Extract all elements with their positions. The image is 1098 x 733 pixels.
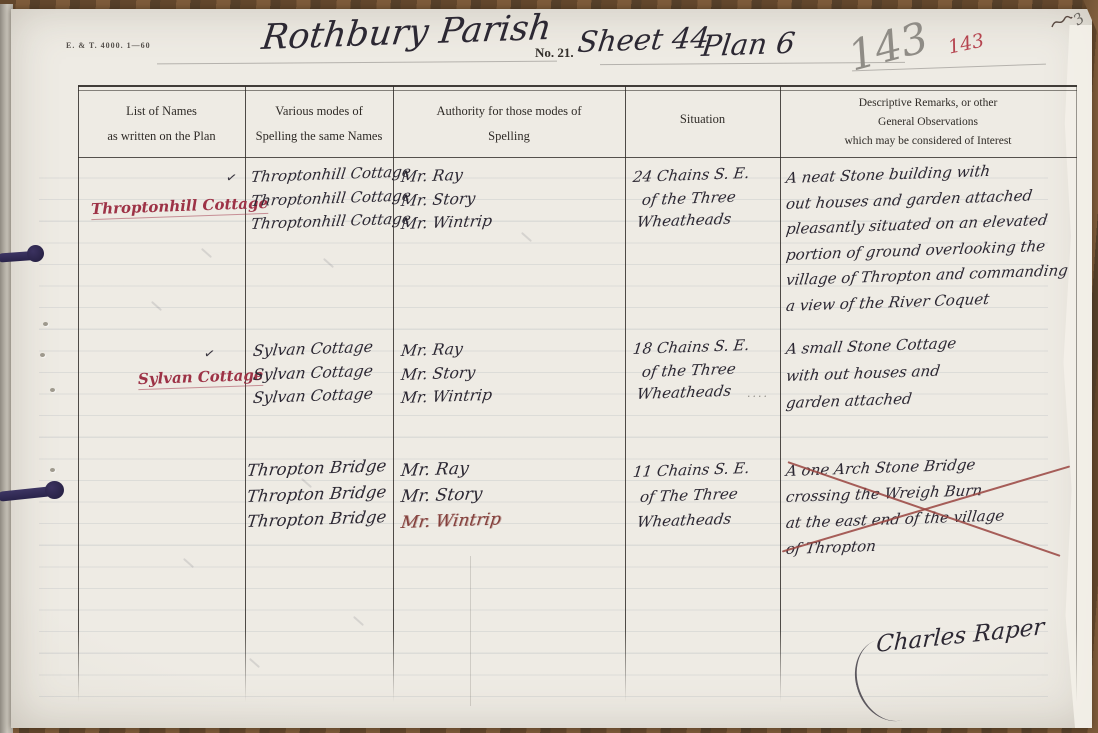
- authorities-entry-3: Mr. Ray Mr. Story Mr. Wintrip: [401, 458, 500, 536]
- remarks-entry-1: A neat Stone building with out houses an…: [786, 166, 1066, 319]
- table-header-rule: [78, 157, 1077, 158]
- binding-thread-knot: [45, 481, 64, 499]
- punch-hole: [50, 388, 55, 392]
- spelling-line: Sylvan Cottage: [252, 336, 375, 364]
- table-right-border: [1076, 86, 1077, 702]
- remarks-entry-2: A small Stone Cottage with out houses an…: [786, 336, 955, 417]
- situation-dots-note: ····: [747, 390, 769, 403]
- situation-line: Wheatheads: [635, 506, 750, 535]
- spellings-entry-3: Thropton Bridge Thropton Bridge Thropton…: [247, 458, 386, 535]
- column-header-line: as written on the Plan: [79, 124, 244, 149]
- authority-line-overwritten: Mr. Wintrip: [399, 507, 502, 536]
- column-header-line: Spelling: [394, 124, 624, 149]
- authority-line: Mr. Wintrip: [400, 210, 494, 237]
- column-header-remarks: Descriptive Remarks, or other General Ob…: [781, 94, 1075, 151]
- punch-hole: [40, 353, 45, 357]
- punch-hole: [50, 468, 55, 472]
- authorities-entry-2: Mr. Ray Mr. Story Mr. Wintrip: [401, 340, 492, 411]
- spelling-line: Thropton Bridge: [245, 504, 387, 534]
- plan-name-throptonhill-cottage: Throptonhill Cottage: [91, 197, 268, 217]
- plan-text: Plan 6: [700, 26, 797, 63]
- column-header-authority: Authority for those modes of Spelling: [394, 99, 624, 149]
- column-header-spelling-modes: Various modes of Spelling the same Names: [246, 99, 392, 149]
- column-header-line: General Observations: [781, 113, 1075, 132]
- plan-name-text: Sylvan Cottage: [138, 366, 264, 390]
- authority-line: Mr. Story: [400, 186, 494, 213]
- paper-crease: [470, 556, 471, 706]
- column-header-line: List of Names: [79, 99, 244, 124]
- table-top-rule-inner: [78, 90, 1077, 91]
- column-divider: [780, 86, 781, 702]
- parish-title-script: Rothbury Parish: [262, 18, 550, 58]
- situation-line: 24 Chains S. E.: [632, 162, 751, 189]
- authorities-entry-1: Mr. Ray Mr. Story Mr. Wintrip: [401, 166, 492, 237]
- plan-script: Plan 6: [702, 29, 794, 63]
- spelling-line: Throptonhill Cottage: [250, 207, 413, 236]
- spellings-entry-1: Throptonhill Cottage Throptonhill Cottag…: [251, 166, 410, 237]
- situation-line: Wheatheads: [636, 379, 751, 405]
- corner-scribble: [1050, 14, 1074, 30]
- punch-hole: [43, 322, 48, 326]
- column-header-line: Descriptive Remarks, or other: [781, 94, 1075, 113]
- sheet-text: Sheet 44: [576, 20, 711, 59]
- table-top-rule: [78, 85, 1077, 87]
- column-header-line: which may be considered of Interest: [781, 132, 1075, 151]
- authority-line: Mr. Story: [399, 481, 502, 510]
- column-header-line: Spelling the same Names: [246, 124, 392, 149]
- column-header-situation: Situation: [626, 112, 779, 127]
- authority-line: Mr. Story: [400, 360, 494, 387]
- situation-line: 11 Chains S. E.: [631, 456, 751, 485]
- situation-entry-3: 11 Chains S. E. of The Three Wheatheads: [633, 460, 749, 535]
- scanned-name-book-page: E. & T. 4000. 1—60 Rothbury Parish No. 2…: [0, 0, 1098, 733]
- column-header-line: Authority for those modes of: [394, 99, 624, 124]
- column-header-names: List of Names as written on the Plan: [79, 99, 244, 149]
- number-label: No. 21.: [535, 45, 574, 61]
- column-header-line: Situation: [626, 112, 779, 127]
- spelling-line: Sylvan Cottage: [252, 383, 375, 411]
- authority-line: Mr. Wintrip: [400, 384, 494, 411]
- column-divider: [245, 86, 246, 702]
- authority-line: Mr. Ray: [399, 455, 502, 484]
- situation-line: 18 Chains S. E.: [632, 334, 751, 361]
- situation-entry-2: 18 Chains S. E. of the Three Wheatheads: [633, 338, 749, 406]
- table-left-border: [78, 86, 79, 702]
- spellings-entry-2: Sylvan Cottage Sylvan Cottage Sylvan Cot…: [253, 340, 372, 411]
- binding-thread-knot: [27, 245, 44, 262]
- authority-line: Mr. Ray: [400, 163, 494, 190]
- column-divider: [625, 86, 626, 702]
- plan-name-sylvan-cottage: Sylvan Cottage: [138, 368, 263, 388]
- situation-entry-1: 24 Chains S. E. of the Three Wheatheads: [633, 166, 749, 234]
- situation-line: Wheatheads: [636, 207, 751, 233]
- column-header-line: Various modes of: [246, 99, 392, 124]
- sheet-script: Sheet 44: [578, 25, 709, 59]
- plan-name-text: Throptonhill Cottage: [91, 194, 269, 220]
- remark-line: garden attached: [784, 384, 958, 417]
- authority-line: Mr. Ray: [400, 337, 494, 364]
- print-code-stamp: E. & T. 4000. 1—60: [66, 41, 151, 50]
